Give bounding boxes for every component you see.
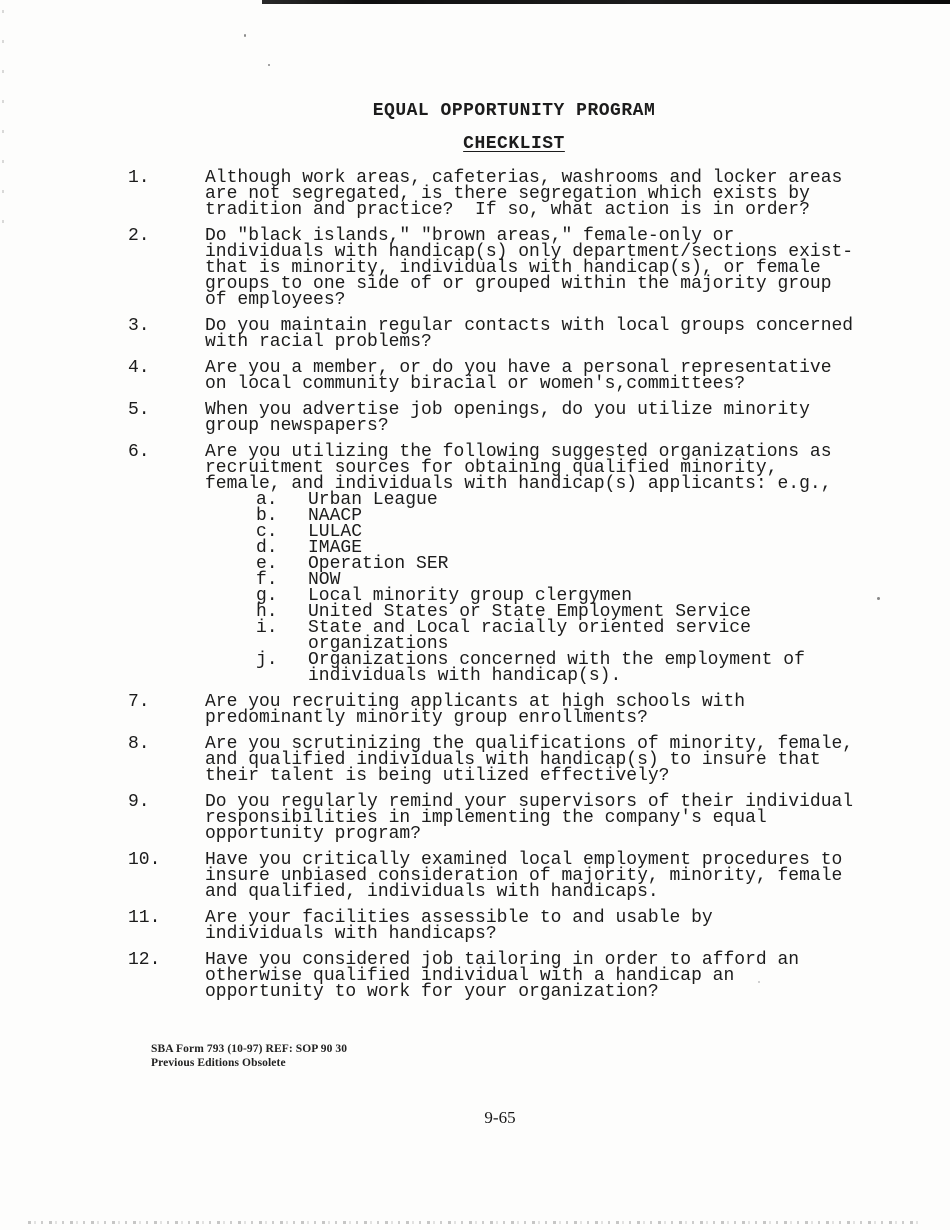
item-text: Although work areas, cafeterias, washroo…	[205, 170, 842, 218]
checklist-item-7: 7. Are you recruiting applicants at high…	[128, 694, 900, 726]
checklist-item-11: 11. Are your facilities assessible to an…	[128, 910, 900, 942]
item-number: 12.	[128, 952, 205, 1000]
item-text: Are you recruiting applicants at high sc…	[205, 694, 745, 726]
item-number: 7.	[128, 694, 205, 726]
item-text: Are your facilities assessible to and us…	[205, 910, 713, 942]
document-title: EQUAL OPPORTUNITY PROGRAM	[128, 103, 900, 120]
form-number-line: SBA Form 793 (10-97) REF: SOP 90 30	[151, 1042, 347, 1056]
scan-artifact-top-bar	[262, 0, 950, 4]
checklist-item-3: 3. Do you maintain regular contacts with…	[128, 318, 900, 350]
sub-item-j: j. Organizations concerned with the empl…	[256, 652, 900, 684]
item-number: 1.	[128, 170, 205, 218]
item-number: 4.	[128, 360, 205, 392]
scan-speck	[268, 64, 270, 66]
sub-item-i: i. State and Local racially oriented ser…	[256, 620, 900, 652]
checklist-item-8: 8. Are you scrutinizing the qualificatio…	[128, 736, 900, 784]
sub-item-letter: j.	[256, 652, 308, 684]
checklist-item-6: 6. Are you utilizing the following sugge…	[128, 444, 900, 684]
item-number: 6.	[128, 444, 205, 684]
checklist-item-4: 4. Are you a member, or do you have a pe…	[128, 360, 900, 392]
item-number: 10.	[128, 852, 205, 900]
scan-speck	[244, 34, 246, 37]
item-text: Do "black islands," "brown areas," femal…	[205, 228, 853, 308]
checklist-item-9: 9. Do you regularly remind your supervis…	[128, 794, 900, 842]
item-text: Are you utilizing the following suggeste…	[205, 444, 900, 492]
item-body: Are you utilizing the following suggeste…	[205, 444, 900, 684]
item-number: 5.	[128, 402, 205, 434]
item-text: Have you considered job tailoring in ord…	[205, 952, 799, 1000]
item-number: 2.	[128, 228, 205, 308]
scanned-document-page: EQUAL OPPORTUNITY PROGRAM CHECKLIST 1. A…	[0, 0, 950, 1230]
item-text: Are you scrutinizing the qualifications …	[205, 736, 853, 784]
page-number: 9-65	[50, 1108, 950, 1128]
item-number: 8.	[128, 736, 205, 784]
item-text: When you advertise job openings, do you …	[205, 402, 810, 434]
item-number: 3.	[128, 318, 205, 350]
checklist-item-5: 5. When you advertise job openings, do y…	[128, 402, 900, 434]
sub-item-e: e. Operation SER	[256, 556, 900, 572]
sub-item-text: State and Local racially oriented servic…	[308, 620, 751, 652]
item-text: Are you a member, or do you have a perso…	[205, 360, 832, 392]
checklist: 1. Although work areas, cafeterias, wash…	[128, 170, 900, 1000]
checklist-item-10: 10. Have you critically examined local e…	[128, 852, 900, 900]
item-number: 9.	[128, 794, 205, 842]
scan-artifact-bottom-speckle	[28, 1221, 923, 1224]
item-text: Do you maintain regular contacts with lo…	[205, 318, 853, 350]
item-number: 11.	[128, 910, 205, 942]
form-identification: SBA Form 793 (10-97) REF: SOP 90 30 Prev…	[151, 1042, 347, 1070]
sub-item-letter: i.	[256, 620, 308, 652]
scan-artifact-left-edge	[2, 10, 4, 230]
item-text: Have you critically examined local emplo…	[205, 852, 842, 900]
document-content: EQUAL OPPORTUNITY PROGRAM CHECKLIST 1. A…	[128, 103, 900, 1000]
edition-line: Previous Editions Obsolete	[151, 1056, 347, 1070]
sub-item-text: Organizations concerned with the employm…	[308, 652, 805, 684]
item-text: Do you regularly remind your supervisors…	[205, 794, 853, 842]
checklist-item-12: 12. Have you considered job tailoring in…	[128, 952, 900, 1000]
recruitment-sources-list: a. Urban League b. NAACP c. LULAC d.	[256, 492, 900, 684]
checklist-item-1: 1. Although work areas, cafeterias, wash…	[128, 170, 900, 218]
document-subtitle: CHECKLIST	[128, 136, 900, 153]
checklist-item-2: 2. Do "black islands," "brown areas," fe…	[128, 228, 900, 308]
